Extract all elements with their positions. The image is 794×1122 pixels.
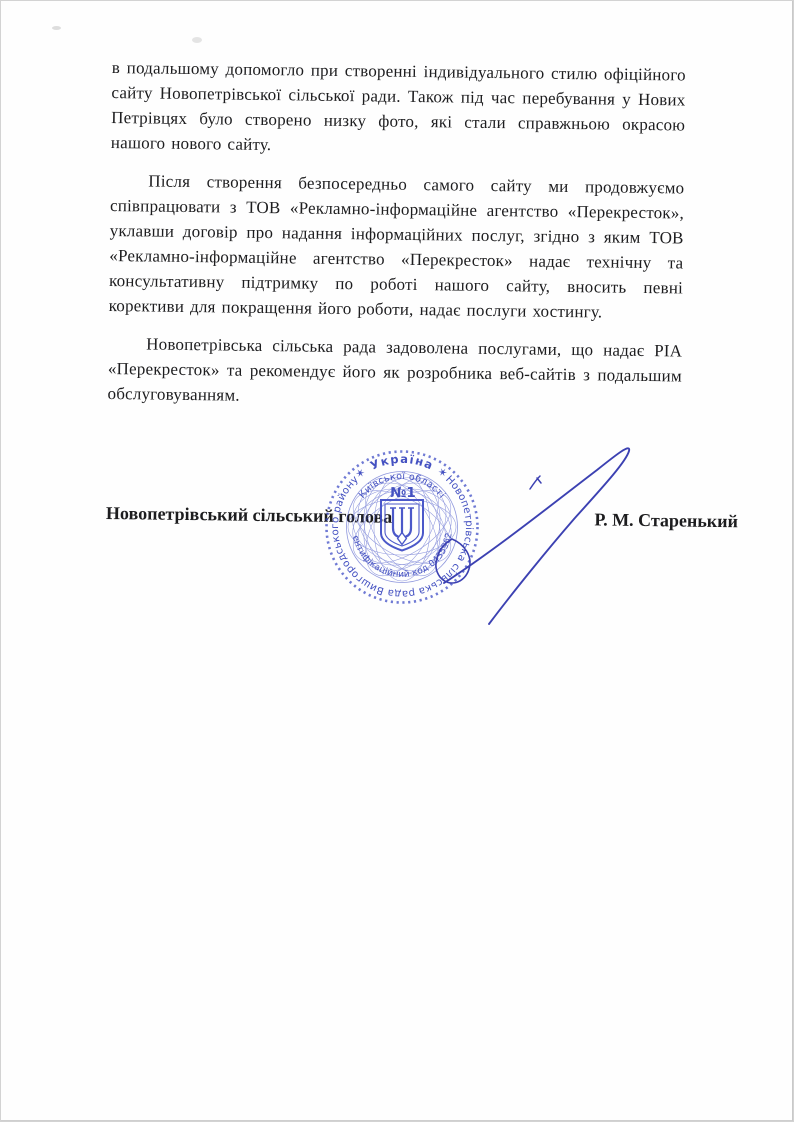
trident-shield-icon [381, 500, 423, 551]
official-stamp: ✶ Україна ✶ Новопетрівська сільська рада… [322, 447, 482, 607]
paragraph-3: Новопетрівська сільська рада задоволена … [107, 331, 682, 414]
scanned-letter-page: в подальшому допомогло при створенні інд… [0, 0, 794, 1122]
scan-artifact [192, 37, 202, 43]
stamp-number-text: №1 [390, 485, 416, 501]
paragraph-2: Після створення безпосередньо самого сай… [109, 168, 685, 326]
signatory-name: Р. М. Старенький [594, 509, 738, 532]
stamp-seal-icon: ✶ Україна ✶ Новопетрівська сільська рада… [322, 447, 482, 607]
scan-artifact [52, 26, 61, 30]
paragraph-1: в подальшому допомогло при створенні інд… [111, 55, 686, 163]
